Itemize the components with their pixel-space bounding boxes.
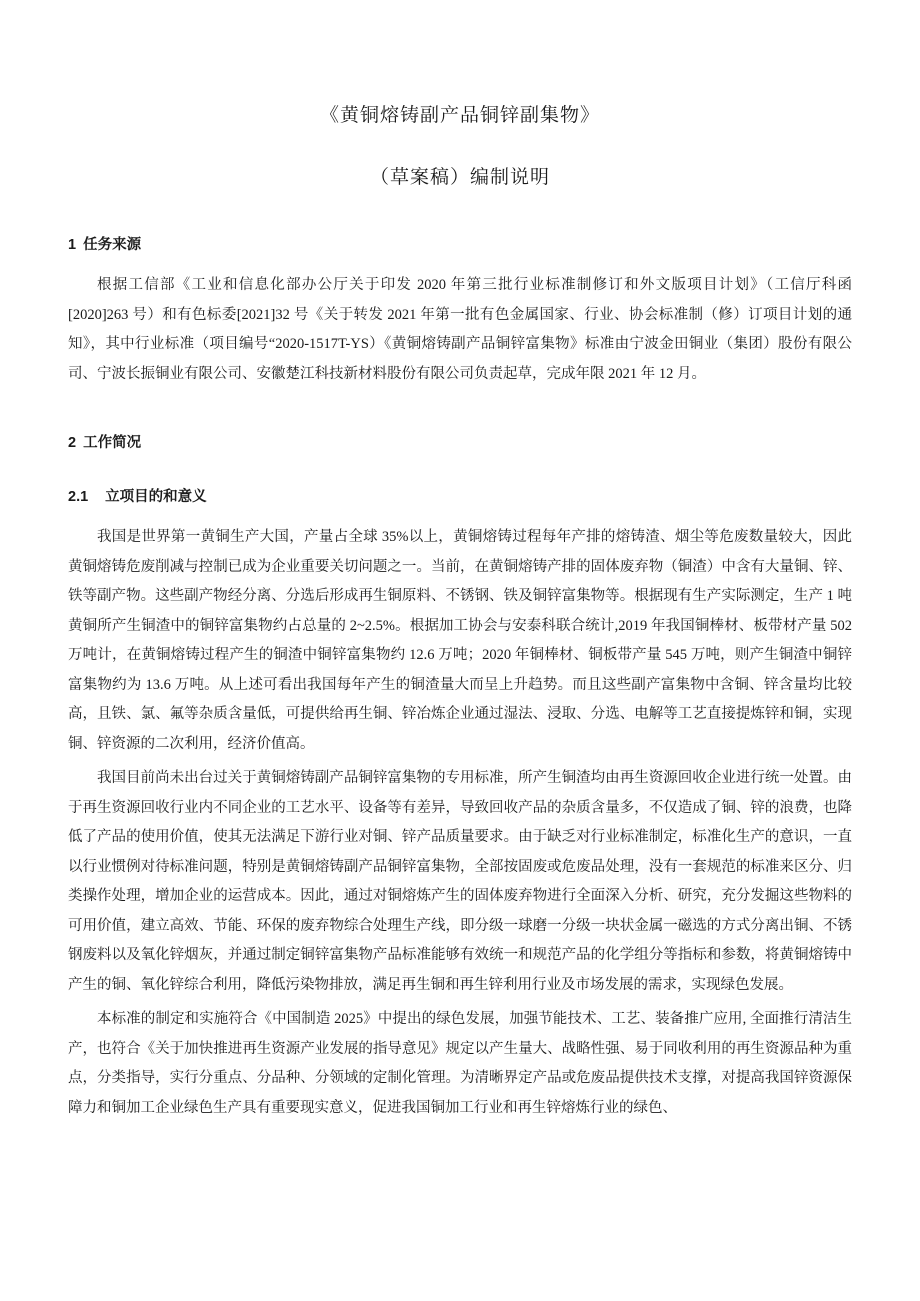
section-2-1-number: 2.1 <box>68 489 88 505</box>
section-1-heading: 1任务来源 <box>68 235 852 255</box>
paragraph-industry-background: 我国是世界第一黄铜生产大国，产量占全球 35%以上，黄铜熔铸过程每年产排的熔铸渣… <box>68 523 852 759</box>
section-2-heading: 2工作简况 <box>68 433 852 453</box>
section-2-number: 2 <box>68 435 76 451</box>
section-2-title: 工作简况 <box>83 435 141 451</box>
document-title: 《黄铜熔铸副产品铜锌副集物》 <box>68 103 852 129</box>
paragraph-task-source: 根据工信部《工业和信息化部办公厅关于印发 2020 年第三批行业标准制修订和外文… <box>68 271 852 389</box>
document-page: 《黄铜熔铸副产品铜锌副集物》 （草案稿）编制说明 1任务来源 根据工信部《工业和… <box>0 0 920 1301</box>
section-work-overview: 2工作简况 2.1立项目的和意义 我国是世界第一黄铜生产大国，产量占全球 35%… <box>68 433 852 1123</box>
section-2-1-title: 立项目的和意义 <box>105 489 207 505</box>
document-subtitle: （草案稿）编制说明 <box>68 165 852 191</box>
section-1-title: 任务来源 <box>83 237 141 253</box>
section-task-source: 1任务来源 根据工信部《工业和信息化部办公厅关于印发 2020 年第三批行业标准… <box>68 235 852 389</box>
section-1-number: 1 <box>68 237 76 253</box>
section-2-1-heading: 2.1立项目的和意义 <box>68 487 852 507</box>
paragraph-policy-alignment: 本标准的制定和实施符合《中国制造 2025》中提出的绿色发展，加强节能技术、工艺… <box>68 1005 852 1123</box>
paragraph-standard-gap: 我国目前尚未出台过关于黄铜熔铸副产品铜锌富集物的专用标准，所产生铜渣均由再生资源… <box>68 764 852 1000</box>
